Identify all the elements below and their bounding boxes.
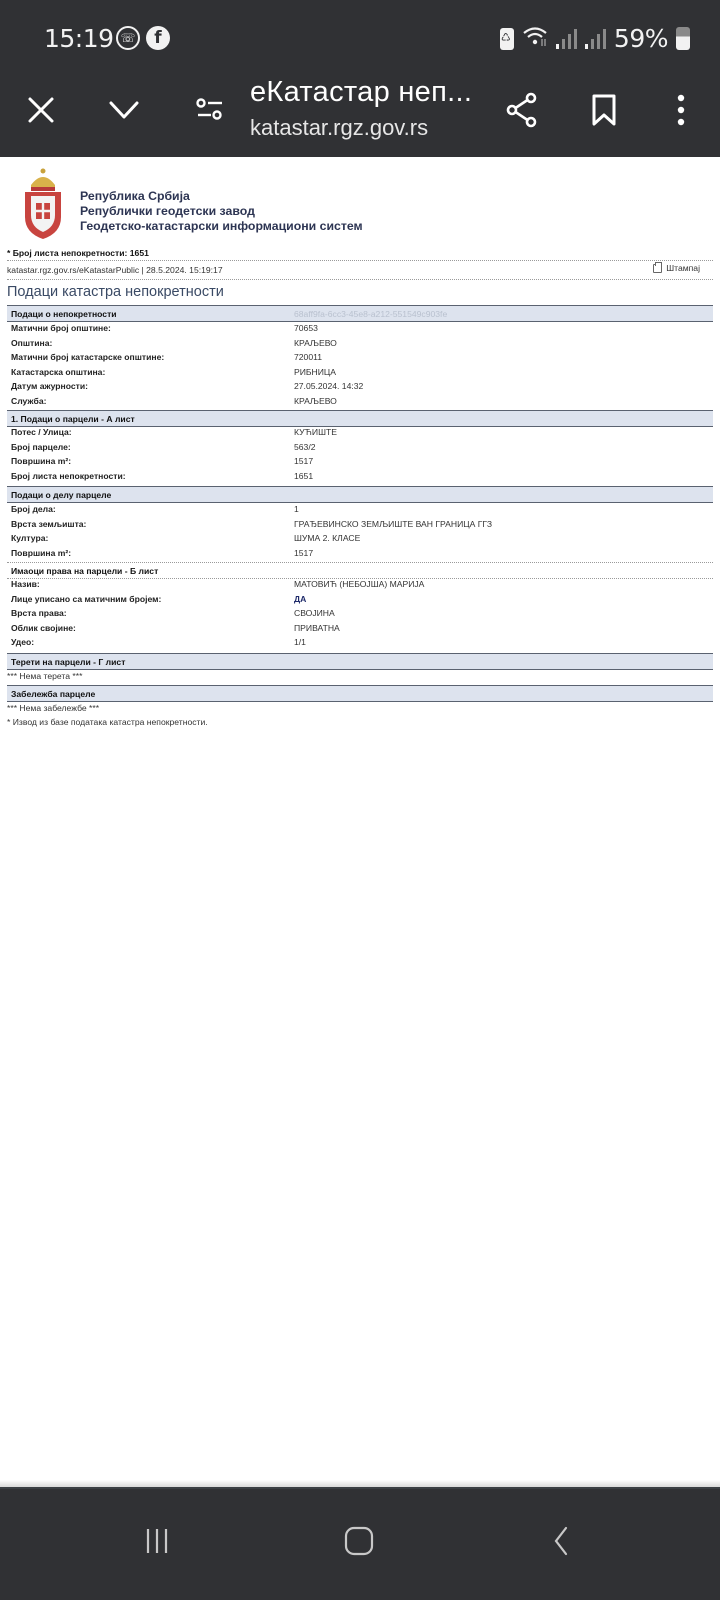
row-label: Површина m²: bbox=[11, 548, 71, 558]
divider bbox=[7, 279, 713, 280]
page-bottom-shadow bbox=[0, 1480, 720, 1487]
remarks-note: *** Нема забележбе *** bbox=[7, 703, 99, 713]
section-header-remarks: Забележба парцеле bbox=[7, 685, 713, 702]
table-row: Лице уписано са матичним бројем:ДА bbox=[7, 594, 713, 609]
row-value: 1651 bbox=[294, 471, 313, 481]
table-row: Врста права:СВОЈИНА bbox=[7, 608, 713, 623]
section-title: Имаоци права на парцели - Б лист bbox=[11, 566, 158, 576]
row-value: КРАЉЕВО bbox=[294, 338, 337, 348]
org-line-2: Републички геодетски завод bbox=[80, 204, 363, 219]
table-row: Број дела:1 bbox=[7, 504, 713, 519]
table-row: Назив:МАТОВИЋ (НЕБОЈША) МАРИЈА bbox=[7, 579, 713, 594]
row-value: ДА bbox=[294, 594, 306, 604]
tab-title: eКатастар неп... bbox=[250, 76, 490, 109]
back-button[interactable] bbox=[526, 1513, 596, 1569]
row-label: Катастарска општина: bbox=[11, 367, 105, 377]
more-options-button[interactable] bbox=[655, 84, 707, 136]
section-title: Терети на парцели - Г лист bbox=[11, 657, 125, 667]
table-row: Матични број општине:70653 bbox=[7, 323, 713, 338]
row-value: ГРАЂЕВИНСКО ЗЕМЉИШТЕ ВАН ГРАНИЦА ГГЗ bbox=[294, 519, 492, 529]
encumbrances-note: *** Нема терета *** bbox=[7, 671, 82, 681]
table-row: Број листа непокретности:1651 bbox=[7, 471, 713, 486]
row-label: Облик својине: bbox=[11, 623, 76, 633]
row-value: 1517 bbox=[294, 456, 313, 466]
tune-icon bbox=[195, 96, 225, 124]
custom-tab-toolbar: eКатастар неп... katastar.rgz.gov.rs bbox=[0, 72, 720, 152]
table-row: Врста земљишта:ГРАЂЕВИНСКО ЗЕМЉИШТЕ ВАН … bbox=[7, 519, 713, 534]
section-header-parcel: 1. Подаци о парцели - А лист bbox=[7, 410, 713, 427]
footer-note: * Извод из базе података катастра непокр… bbox=[7, 717, 208, 727]
section-title: Подаци о непокретности bbox=[11, 309, 117, 319]
recent-apps-icon bbox=[143, 1527, 171, 1555]
home-button[interactable] bbox=[324, 1513, 394, 1569]
section-header-parcel-part: Подаци о делу парцеле bbox=[7, 486, 713, 503]
facebook-icon: f bbox=[146, 26, 170, 50]
main-heading: Подаци катастра непокретности bbox=[7, 284, 224, 300]
table-row: Удео:1/1 bbox=[7, 637, 713, 652]
bookmark-icon bbox=[591, 93, 617, 127]
chevron-down-icon bbox=[108, 100, 140, 120]
status-time: 15:19 bbox=[44, 24, 114, 53]
web-page-content: Република Србија Републички геодетски за… bbox=[0, 157, 720, 1487]
property-sheet-number: * Број листа непокретности: 1651 bbox=[7, 248, 149, 258]
row-label: Служба: bbox=[11, 396, 46, 406]
row-value: 1517 bbox=[294, 548, 313, 558]
browser-top-bar: 15:19 ☏ f 59% eКатастар неп... katastar.… bbox=[0, 0, 720, 157]
section-header-property: Подаци о непокретности 68aff9fa-6cc3-45e… bbox=[7, 305, 713, 322]
page-header: Република Србија Републички геодетски за… bbox=[22, 165, 702, 245]
table-row: Облик својине:ПРИВАТНА bbox=[7, 623, 713, 638]
row-value: ПРИВАТНА bbox=[294, 623, 340, 633]
table-row: Потес / Улица:КУЋИШТЕ bbox=[7, 427, 713, 442]
back-icon bbox=[552, 1526, 570, 1556]
system-navigation-bar bbox=[0, 1487, 720, 1600]
section-title: Подаци о делу парцеле bbox=[11, 490, 111, 500]
row-value: СВОЈИНА bbox=[294, 608, 335, 618]
row-value: 1 bbox=[294, 504, 299, 514]
signal-icon bbox=[556, 29, 577, 49]
system-status-icons: 59% bbox=[500, 24, 668, 53]
collapse-button[interactable] bbox=[98, 84, 150, 136]
row-label: Матични број општине: bbox=[11, 323, 111, 333]
print-link[interactable]: Штампај bbox=[653, 263, 700, 273]
row-value: 563/2 bbox=[294, 442, 316, 452]
row-label: Назив: bbox=[11, 579, 40, 589]
battery-percent: 59% bbox=[614, 24, 668, 53]
divider bbox=[7, 260, 713, 261]
row-label: Број дела: bbox=[11, 504, 56, 514]
row-label: Врста земљишта: bbox=[11, 519, 86, 529]
close-icon bbox=[27, 96, 55, 124]
tab-url: katastar.rgz.gov.rs bbox=[250, 115, 490, 141]
row-label: Култура: bbox=[11, 533, 48, 543]
home-icon bbox=[344, 1526, 374, 1556]
table-row: Број парцеле:563/2 bbox=[7, 442, 713, 457]
row-value: 27.05.2024. 14:32 bbox=[294, 381, 363, 391]
organization-name: Република Србија Републички геодетски за… bbox=[80, 189, 363, 234]
notification-icons: ☏ f bbox=[116, 26, 170, 50]
recent-apps-button[interactable] bbox=[122, 1513, 192, 1569]
row-label: Број парцеле: bbox=[11, 442, 71, 452]
page-settings-button[interactable] bbox=[184, 84, 236, 136]
row-value: МАТОВИЋ (НЕБОЈША) МАРИЈА bbox=[294, 579, 424, 589]
section-title: Забележба парцеле bbox=[11, 689, 95, 699]
org-line-3: Геодетско-катастарски информациони систе… bbox=[80, 219, 363, 234]
row-value: 720011 bbox=[294, 352, 322, 362]
row-value: КУЋИШТЕ bbox=[294, 427, 337, 437]
wifi-icon bbox=[522, 25, 548, 53]
section-header-encumbrances: Терети на парцели - Г лист bbox=[7, 653, 713, 670]
section-header-owners: Имаоци права на парцели - Б лист bbox=[7, 562, 713, 579]
source-and-timestamp: katastar.rgz.gov.rs/eKatastarPublic | 28… bbox=[7, 265, 223, 275]
serbian-coat-of-arms-icon bbox=[22, 165, 64, 241]
print-label: Штампај bbox=[666, 263, 700, 273]
row-label: Датум ажурности: bbox=[11, 381, 88, 391]
share-icon bbox=[505, 92, 539, 128]
row-label: Потес / Улица: bbox=[11, 427, 72, 437]
row-label: Удео: bbox=[11, 637, 34, 647]
table-row: Датум ажурности:27.05.2024. 14:32 bbox=[7, 381, 713, 396]
org-line-1: Република Србија bbox=[80, 189, 363, 204]
battery-saver-icon bbox=[500, 28, 514, 50]
viber-icon: ☏ bbox=[116, 26, 140, 50]
share-button[interactable] bbox=[496, 84, 548, 136]
row-value: 70653 bbox=[294, 323, 318, 333]
more-vert-icon bbox=[676, 94, 686, 126]
row-label: Површина m²: bbox=[11, 456, 71, 466]
table-row: Општина:КРАЉЕВО bbox=[7, 338, 713, 353]
bookmark-button[interactable] bbox=[578, 84, 630, 136]
property-guid: 68aff9fa-6cc3-45e8-a212-551549c903fe bbox=[294, 309, 447, 319]
table-row: Култура:ШУМА 2. КЛАСЕ bbox=[7, 533, 713, 548]
table-row: Служба:КРАЉЕВО bbox=[7, 396, 713, 411]
row-value: ШУМА 2. КЛАСЕ bbox=[294, 533, 360, 543]
row-label: Лице уписано са матичним бројем: bbox=[11, 594, 161, 604]
printer-icon bbox=[653, 264, 662, 273]
row-label: Општина: bbox=[11, 338, 52, 348]
page-title-block[interactable]: eКатастар неп... katastar.rgz.gov.rs bbox=[250, 76, 490, 141]
row-label: Врста права: bbox=[11, 608, 67, 618]
row-value: КРАЉЕВО bbox=[294, 396, 337, 406]
section-title: 1. Подаци о парцели - А лист bbox=[11, 414, 135, 424]
row-value: РИБНИЦА bbox=[294, 367, 336, 377]
row-value: 1/1 bbox=[294, 637, 306, 647]
row-label: Матични број катастарске општине: bbox=[11, 352, 164, 362]
table-row: Површина m²:1517 bbox=[7, 456, 713, 471]
row-label: Број листа непокретности: bbox=[11, 471, 126, 481]
signal-icon bbox=[585, 29, 606, 49]
close-button[interactable] bbox=[15, 84, 67, 136]
table-row: Матични број катастарске општине:720011 bbox=[7, 352, 713, 367]
battery-icon bbox=[676, 27, 690, 50]
table-row: Катастарска општина:РИБНИЦА bbox=[7, 367, 713, 382]
table-row: Површина m²:1517 bbox=[7, 548, 713, 563]
